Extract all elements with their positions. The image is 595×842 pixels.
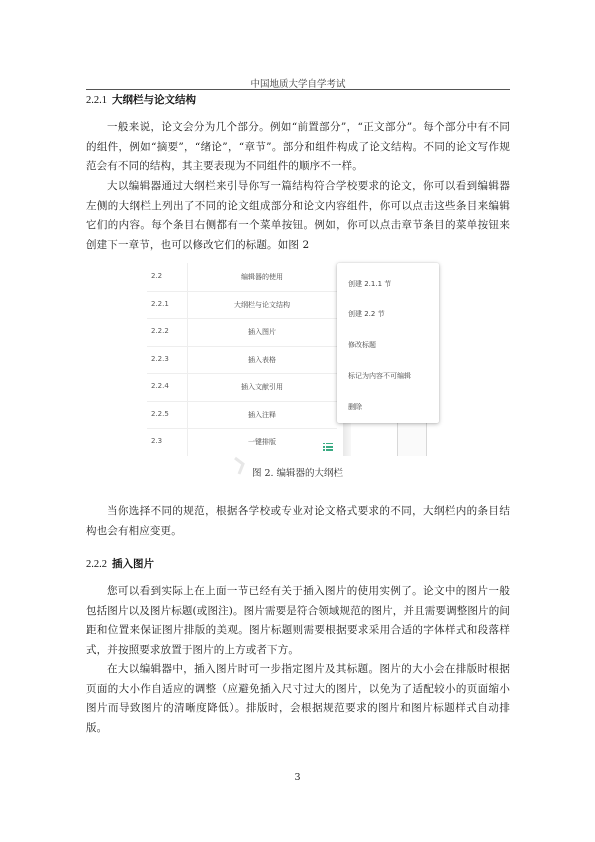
outline-row[interactable]: 2.2.4 插入文献引用 <box>147 373 337 402</box>
paragraph: 您可以看到实际上在上面一节已经有关于插入图片的使用实例了。论文中的图片一般包括图… <box>86 582 510 660</box>
section-number: 2.2.2 <box>86 559 107 570</box>
header-rule <box>86 89 510 90</box>
list-menu-icon[interactable] <box>323 443 333 451</box>
menu-item-mark-readonly[interactable]: 标记为内容不可编辑 <box>348 371 411 381</box>
outline-section-title: 一键排版 <box>189 437 335 447</box>
outline-section-title: 插入表格 <box>189 355 335 365</box>
paragraph: 在大以编辑器中，插入图片时可一步指定图片及其标题。图片的大小会在排版时根据页面的… <box>86 660 510 738</box>
section-title: 大纲栏与论文结构 <box>112 94 196 106</box>
section-number: 2.2.1 <box>86 95 107 106</box>
outline-row[interactable]: 2.2.1 大纲栏与论文结构 <box>147 291 337 320</box>
section-heading-2-2-2: 2.2.2插入图片 <box>86 556 154 571</box>
outline-section-title: 插入注释 <box>189 410 335 420</box>
page-number: 3 <box>0 772 595 783</box>
outline-row[interactable]: 2.2 编辑器的使用 <box>147 263 337 292</box>
running-header: 中国地质大学自学考试 <box>86 76 510 90</box>
outline-section-number: 2.2 <box>151 272 162 280</box>
menu-item-delete[interactable]: 删除 <box>348 402 362 412</box>
outline-panel: 2.2 编辑器的使用 2.2.1 大纲栏与论文结构 2.2.2 插入图片 2.2… <box>147 263 337 456</box>
outline-section-number: 2.3 <box>151 437 162 445</box>
outline-row[interactable]: 2.2.5 插入注释 <box>147 401 337 430</box>
outline-section-title: 插入图片 <box>189 327 335 337</box>
outline-section-title: 插入文献引用 <box>189 382 335 392</box>
figure-caption: 图 2. 编辑器的大纲栏 <box>0 465 595 479</box>
outline-section-number: 2.2.2 <box>151 327 169 335</box>
figure-outline-screenshot: 2.2 编辑器的使用 2.2.1 大纲栏与论文结构 2.2.2 插入图片 2.2… <box>147 263 425 456</box>
paragraph: 一般来说，论文会分为几个部分。例如“前置部分”，“正文部分”。每个部分中有不同的… <box>86 118 510 177</box>
menu-item-create-section[interactable]: 创建 2.2 节 <box>348 309 385 319</box>
menu-item-rename-title[interactable]: 修改标题 <box>348 340 376 350</box>
outline-section-number: 2.2.4 <box>151 382 169 390</box>
section-title: 插入图片 <box>112 558 154 570</box>
outline-section-number: 2.2.1 <box>151 300 169 308</box>
outline-section-number: 2.2.5 <box>151 410 169 418</box>
menu-item-create-subsection[interactable]: 创建 2.1.1 节 <box>348 279 391 289</box>
outline-row[interactable]: 2.2.2 插入图片 <box>147 318 337 347</box>
context-menu: 创建 2.1.1 节 创建 2.2 节 修改标题 标记为内容不可编辑 删除 <box>337 263 439 423</box>
paragraph: 当你选择不同的规范，根据各学校或专业对论文格式要求的不同，大纲栏内的条目结构也会… <box>86 502 510 541</box>
paragraph: 大以编辑器通过大纲栏来引导你写一篇结构符合学校要求的论文，你可以看到编辑器左侧的… <box>86 177 510 255</box>
outline-section-title: 编辑器的使用 <box>189 272 335 282</box>
outline-row[interactable]: 2.2.3 插入表格 <box>147 346 337 375</box>
outline-section-number: 2.2.3 <box>151 355 169 363</box>
outline-row[interactable]: 2.3 一键排版 <box>147 428 337 456</box>
outline-section-title: 大纲栏与论文结构 <box>189 300 335 310</box>
section-heading-2-2-1: 2.2.1大纲栏与论文结构 <box>86 92 196 107</box>
